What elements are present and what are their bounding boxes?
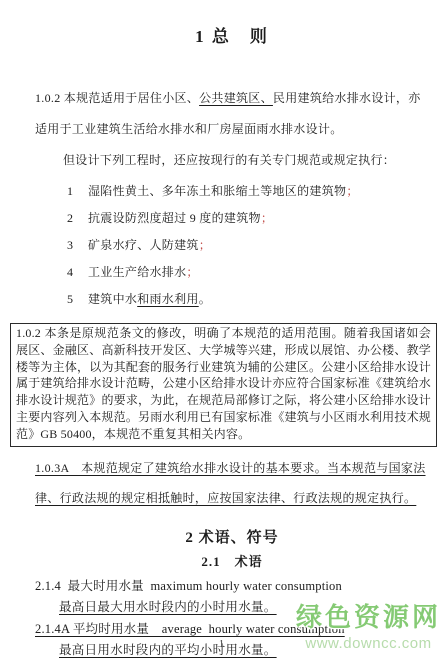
special-projects-list: 1湿陷性黄土、多年冻土和胀缩土等地区的建筑物； 2抗震设防烈度超过 9 度的建筑… [35,178,429,313]
list-item-number: 5 [67,286,88,313]
list-item-text: 矿泉水疗、人防建筑 [88,238,199,252]
list-item-text: 湿陷性黄土、多年冻土和胀缩土等地区的建筑物 [88,184,346,198]
chapter2-title: 2 术语、符号 [35,526,429,547]
list-item-text: 工业生产给水排水 [88,265,186,279]
commentary-box-text: 1.0.2 本条是原规范条文的修改，明确了本规范的适用范围。随着我国诸如会展区、… [16,325,431,443]
list-item: 4工业生产给水排水； [35,259,429,286]
list-intro-line: 但设计下列工程时，还应按现行的有关专门规范或规定执行： [35,145,429,176]
commentary-box: 1.0.2 本条是原规范条文的修改，明确了本规范的适用范围。随着我国诸如会展区、… [10,323,437,447]
list-item-punct: ； [199,238,211,252]
para-1-0-3a: 1.0.3A 本规范规定了建筑给水排水设计的基本要求。当本规范与国家法律、行政法… [35,453,429,514]
list-item-number: 3 [67,232,88,259]
list-item: 1湿陷性黄土、多年冻土和胀缩土等地区的建筑物； [35,178,429,205]
list-item-underlined-text: 和雨水利用 [137,292,199,306]
document-page: 1 总 则 1.0.2 本规范适用于居住小区、公共建筑区、民用建筑给水排水设计，… [0,0,443,658]
chapter1-title: 1 总 则 [35,22,429,47]
para-1-0-2: 1.0.2 本规范适用于居住小区、公共建筑区、民用建筑给水排水设计，亦适用于工业… [35,83,429,145]
list-item-number: 2 [67,205,88,232]
list-item: 5建筑中水和雨水利用。 [35,286,429,313]
list-item-punct: ； [346,184,358,198]
section-2-1-title: 2.1 术语 [35,551,429,570]
list-item-number: 4 [67,259,88,286]
term-2-1-4a-heading: 2.1.4A 平均时用水量 average hourly water consu… [35,619,429,641]
para-1-0-2-underlined-text: 公共建筑区、 [199,91,273,105]
list-item-text: 抗震设防烈度超过 9 度的建筑物 [88,211,261,225]
list-item: 3矿泉水疗、人防建筑； [35,232,429,259]
list-item-punct: 。 [199,292,211,306]
list-item-punct: ； [261,211,273,225]
list-item-number: 1 [67,178,88,205]
para-1-0-2-text: 1.0.2 本规范适用于居住小区、 [35,91,199,105]
list-item: 2抗震设防烈度超过 9 度的建筑物； [35,205,429,232]
term-2-1-4-definition: 最高日最大用水时段内的小时用水量。 [59,597,429,619]
term-2-1-4-heading: 2.1.4 最大时用水量 maximum hourly water consum… [35,576,429,598]
page-number: 1 [0,639,443,650]
list-item-text: 建筑中水 [88,292,137,306]
list-item-punct: ； [186,265,198,279]
